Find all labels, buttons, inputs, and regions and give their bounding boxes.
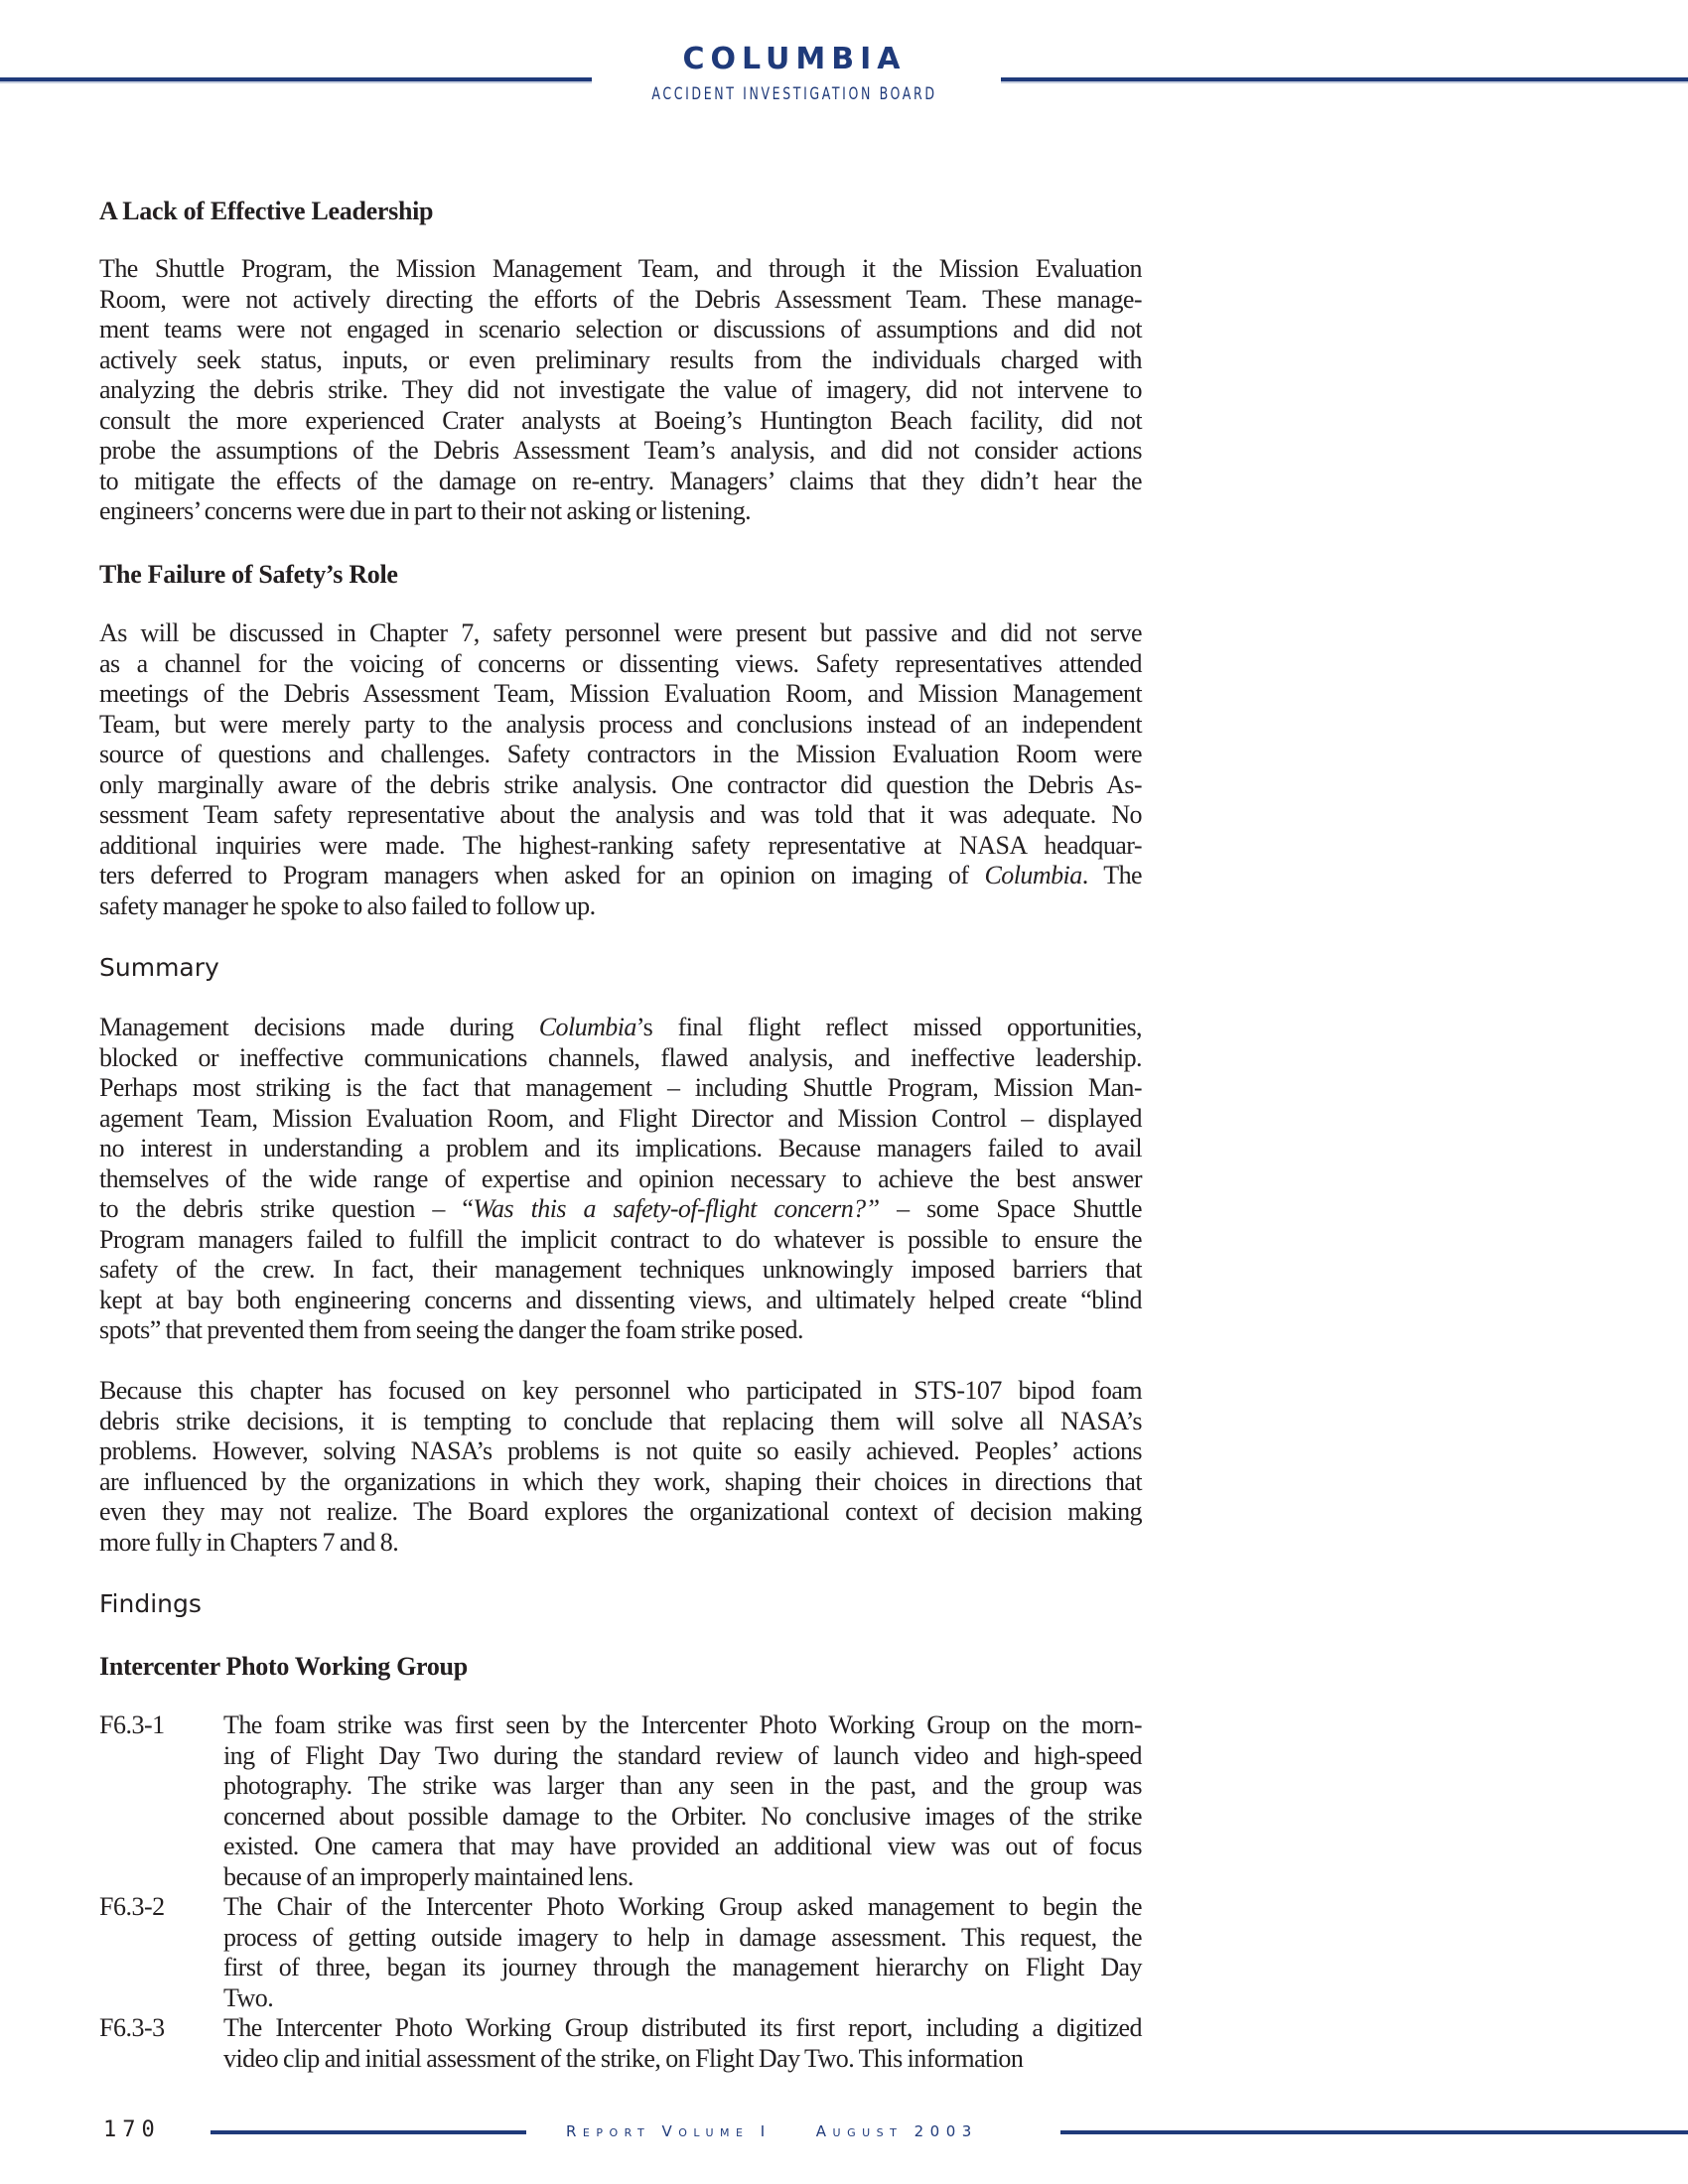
text-line: ing of Flight Day Two during the standar… (223, 1741, 1142, 1772)
text-line: because of an improperly maintained lens… (223, 1862, 1142, 1893)
text-line: The Shuttle Program, the Mission Managem… (99, 254, 1142, 285)
text-line: safety of the crew. In fact, their manag… (99, 1255, 1142, 1286)
text-line: themselves of the wide range of expertis… (99, 1164, 1142, 1195)
text-line: problems. However, solving NASA’s proble… (99, 1436, 1142, 1467)
finding-id: F6.3-2 (99, 1892, 165, 1923)
text-line: photography. The strike was larger than … (223, 1771, 1142, 1802)
text-line: The Intercenter Photo Working Group dist… (223, 2013, 1142, 2044)
text-line: Management decisions made during Columbi… (99, 1013, 1142, 1043)
text-line: even they may not realize. The Board exp… (99, 1497, 1142, 1528)
text-line: The foam strike was first seen by the In… (223, 1710, 1142, 1741)
finding-text: The Chair of the Intercenter Photo Worki… (223, 1892, 1142, 2013)
text-line: actively seek status, inputs, or even pr… (99, 345, 1142, 376)
text-line: to the debris strike question – “Was thi… (99, 1194, 1142, 1225)
text-line: safety manager he spoke to also failed t… (99, 891, 1142, 922)
text-line: are influenced by the organizations in w… (99, 1467, 1142, 1498)
text-line: Because this chapter has focused on key … (99, 1376, 1142, 1407)
section-heading-summary: Summary (99, 953, 1142, 983)
text-line: sessment Team safety representative abou… (99, 800, 1142, 831)
footer-rule-left (211, 2130, 526, 2134)
header-rule-right (1001, 77, 1688, 81)
text-line: ment teams were not engaged in scenario … (99, 315, 1142, 345)
text-line: Program managers failed to fulfill the i… (99, 1225, 1142, 1256)
text-line: existed. One camera that may have provid… (223, 1832, 1142, 1862)
text-line: only marginally aware of the debris stri… (99, 770, 1142, 801)
text-line: As will be discussed in Chapter 7, safet… (99, 618, 1142, 649)
finding-text: The foam strike was first seen by the In… (223, 1710, 1142, 1892)
masthead-subtitle: ACCIDENT INVESTIGATION BOARD (632, 83, 957, 105)
text-line: source of questions and challenges. Safe… (99, 740, 1142, 770)
text-line: agement Team, Mission Evaluation Room, a… (99, 1104, 1142, 1135)
text-line: ters deferred to Program managers when a… (99, 861, 1142, 891)
finding-id: F6.3-3 (99, 2013, 165, 2044)
text-line: concerned about possible damage to the O… (223, 1802, 1142, 1833)
text-line: process of getting outside imagery to he… (223, 1923, 1142, 1954)
masthead-title: COLUMBIA (596, 44, 993, 75)
paragraph-safety: As will be discussed in Chapter 7, safet… (99, 618, 1142, 921)
text-line: consult the more experienced Crater anal… (99, 406, 1142, 437)
section-heading-leadership: A Lack of Effective Leadership (99, 197, 1142, 226)
section-heading-findings: Findings (99, 1589, 1142, 1619)
text-line: Room, were not actively directing the ef… (99, 285, 1142, 316)
text-line: more fully in Chapters 7 and 8. (99, 1528, 1142, 1559)
text-line: The Chair of the Intercenter Photo Worki… (223, 1892, 1142, 1923)
text-line: analyzing the debris strike. They did no… (99, 375, 1142, 406)
text-line: Team, but were merely party to the analy… (99, 710, 1142, 741)
text-line: engineers’ concerns were due in part to … (99, 496, 1142, 527)
text-line: Perhaps most striking is the fact that m… (99, 1073, 1142, 1104)
text-line: Two. (223, 1983, 1142, 2014)
page-number: 170 (103, 2118, 161, 2142)
footer-rule-right (1060, 2130, 1688, 2134)
footer-report-label: Report Volume I August 2003 (566, 2121, 1027, 2141)
text-line: as a channel for the voicing of concerns… (99, 649, 1142, 680)
text-line: debris strike decisions, it is tempting … (99, 1407, 1142, 1437)
text-line: to mitigate the effects of the damage on… (99, 467, 1142, 497)
text-line: video clip and initial assessment of the… (223, 2044, 1142, 2075)
paragraph-leadership: The Shuttle Program, the Mission Managem… (99, 254, 1142, 527)
section-heading-safety: The Failure of Safety’s Role (99, 560, 1142, 590)
text-line: kept at bay both engineering concerns an… (99, 1286, 1142, 1316)
text-line: spots” that prevented them from seeing t… (99, 1315, 1142, 1346)
finding-id: F6.3-1 (99, 1710, 165, 1741)
text-line: meetings of the Debris Assessment Team, … (99, 679, 1142, 710)
header-rule-left (0, 77, 592, 81)
text-line: blocked or ineffective communications ch… (99, 1043, 1142, 1074)
text-line: probe the assumptions of the Debris Asse… (99, 436, 1142, 467)
finding-text: The Intercenter Photo Working Group dist… (223, 2013, 1142, 2074)
paragraph-summary-1: Management decisions made during Columbi… (99, 1013, 1142, 1346)
text-line: first of three, began its journey throug… (223, 1953, 1142, 1983)
paragraph-summary-2: Because this chapter has focused on key … (99, 1376, 1142, 1558)
text-line: no interest in understanding a problem a… (99, 1134, 1142, 1164)
findings-subheading: Intercenter Photo Working Group (99, 1652, 1142, 1682)
text-line: additional inquiries were made. The high… (99, 831, 1142, 862)
